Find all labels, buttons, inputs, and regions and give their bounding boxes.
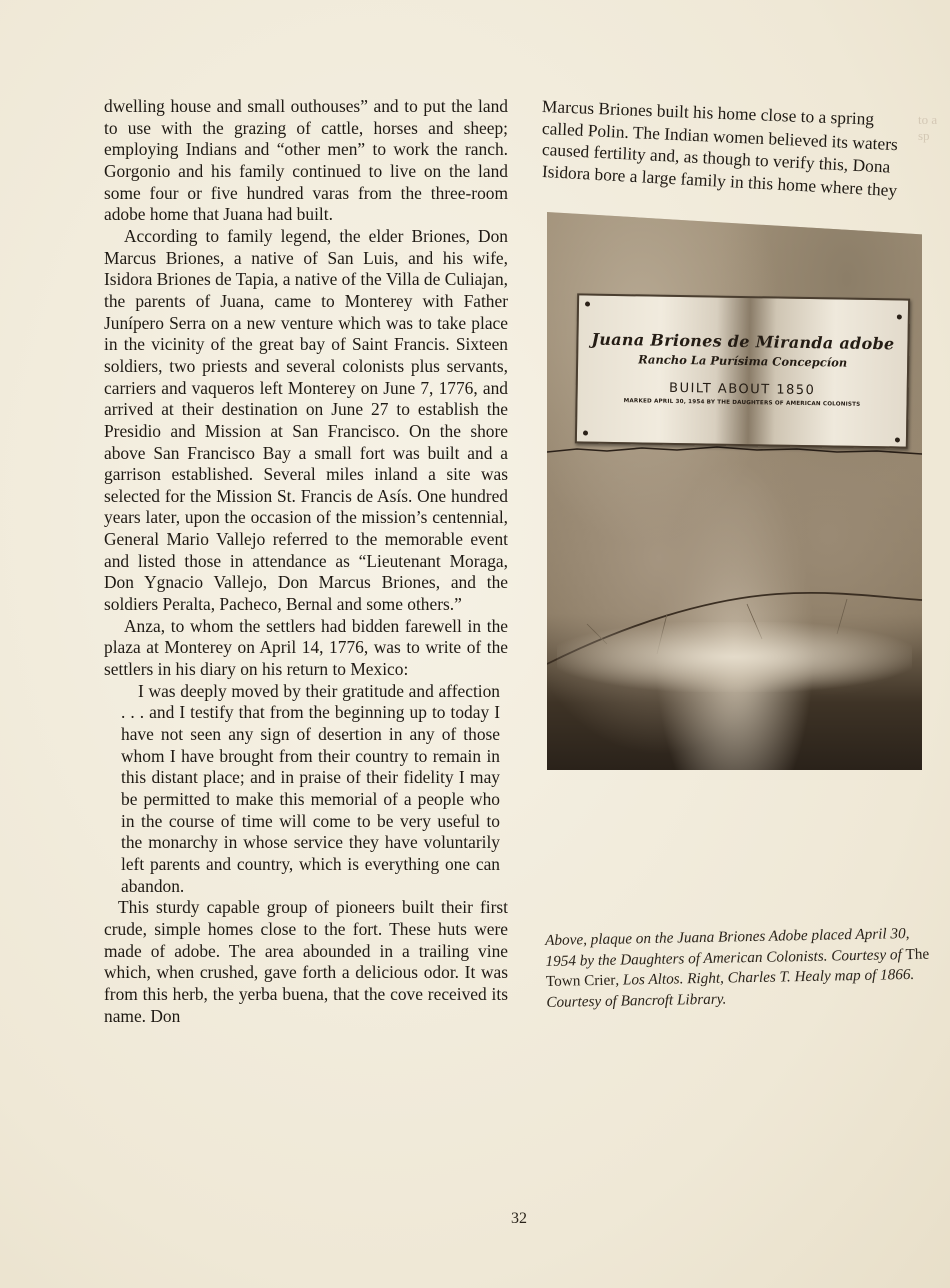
bleed-through-text: to a sp xyxy=(918,112,950,144)
screw-icon xyxy=(895,437,900,442)
photo-caption: Above, plaque on the Juana Briones Adobe… xyxy=(545,924,932,1013)
paragraph-anza: Anza, to whom the settlers had bidden fa… xyxy=(104,616,508,681)
plaque-marked-note: MARKED APRIL 30, 1954 BY THE DAUGHTERS O… xyxy=(577,397,906,408)
right-text-column: Marcus Briones built his home close to a… xyxy=(542,96,927,183)
sunlit-ledge xyxy=(557,622,912,692)
block-quote-anza-diary: I was deeply moved by their gratitude an… xyxy=(121,681,500,898)
plaque-title: Juana Briones de Miranda adobe xyxy=(578,329,907,353)
screw-icon xyxy=(583,431,588,436)
caption-text: Above, plaque on the Juana Briones Adobe… xyxy=(545,925,910,969)
page-number: 32 xyxy=(511,1210,527,1228)
plaque-rancho: Rancho La Purísima Concepcíon xyxy=(578,351,907,370)
plaque-built-date: BUILT ABOUT 1850 xyxy=(578,379,907,399)
left-text-column: dwelling house and small outhouses” and … xyxy=(104,96,508,1027)
paragraph-continuation: dwelling house and small outhouses” and … xyxy=(104,96,508,226)
screw-icon xyxy=(585,302,590,307)
screw-icon xyxy=(897,314,902,319)
paragraph-family-legend: According to family legend, the elder Br… xyxy=(104,226,508,616)
paragraph-pioneers: This sturdy capable group of pioneers bu… xyxy=(104,897,508,1027)
bronze-plaque: Juana Briones de Miranda adobe Rancho La… xyxy=(575,293,910,448)
plaque-photograph: Juana Briones de Miranda adobe Rancho La… xyxy=(547,212,922,770)
